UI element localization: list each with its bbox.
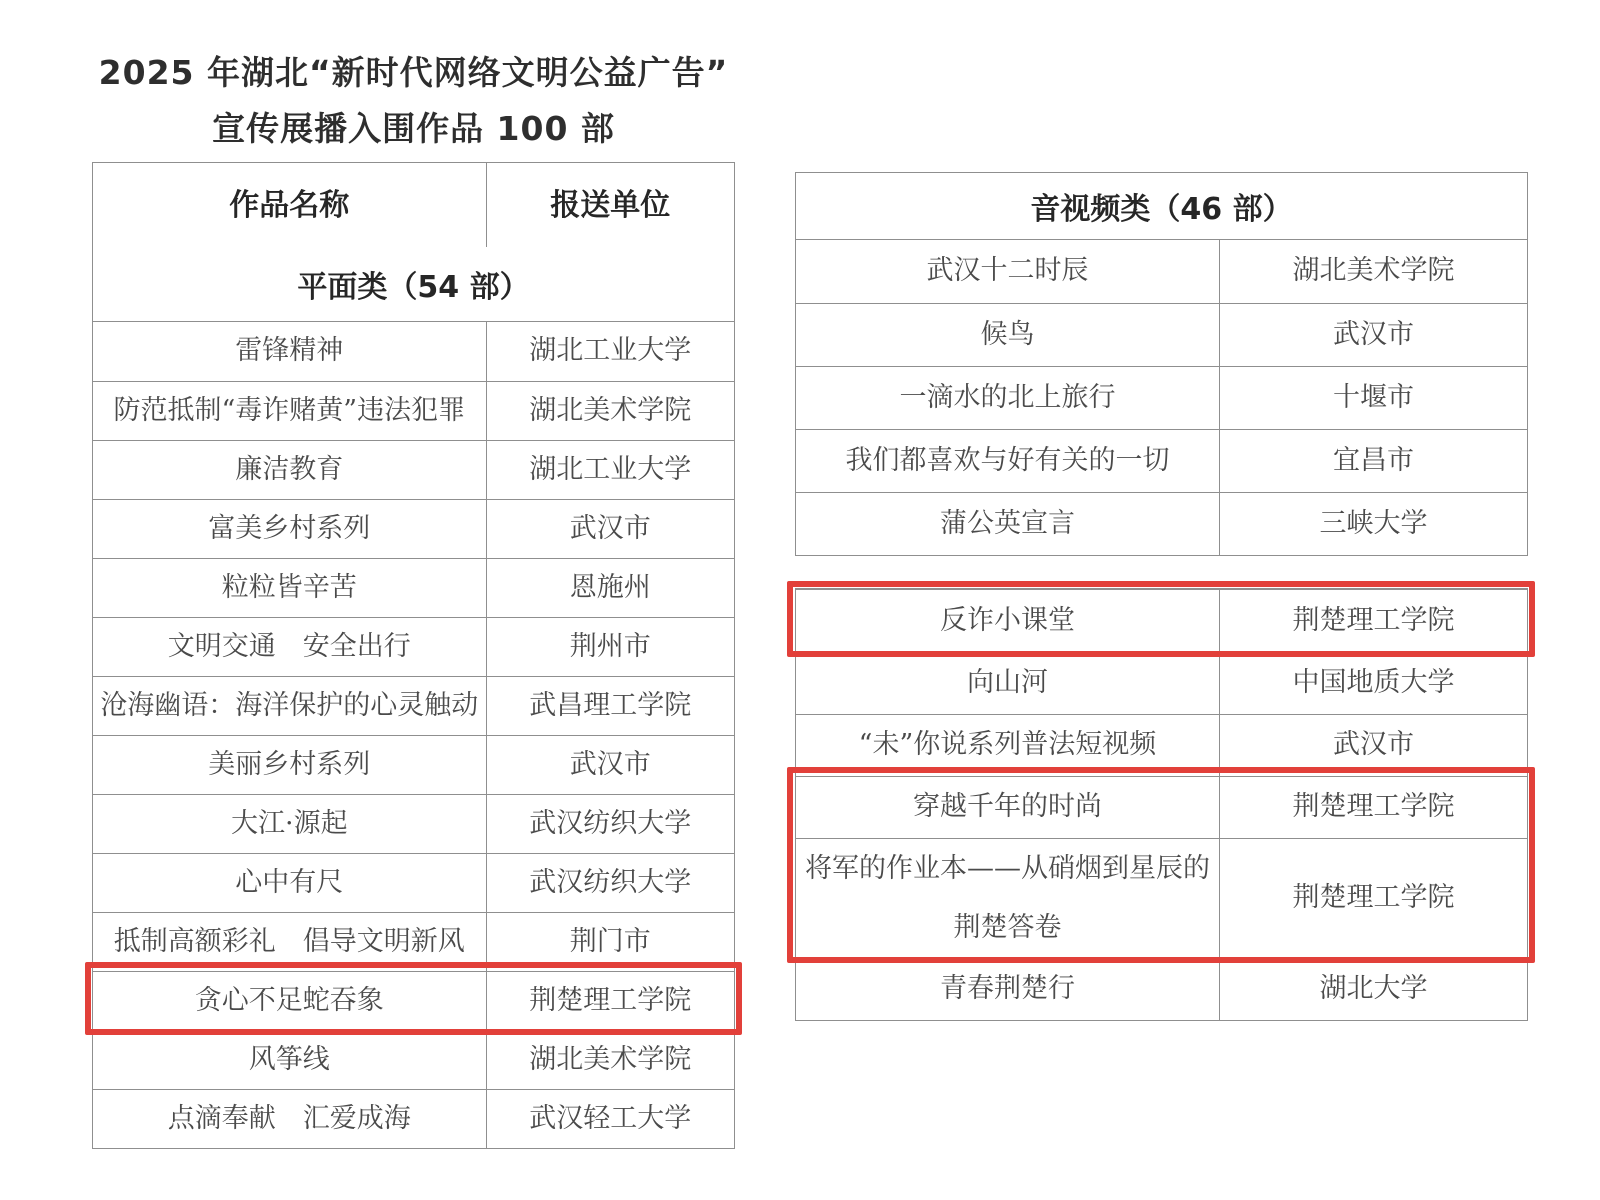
section-label-audio-video: 音视频类（46 部） xyxy=(796,173,1527,239)
column-header-work-title: 作品名称 xyxy=(93,163,487,247)
table-row: 美丽乡村系列武汉市 xyxy=(93,735,734,794)
work-title-cell: 防范抵制“毒诈赌黄”违法犯罪 xyxy=(93,382,487,440)
table-row: 贪心不足蛇吞象荆楚理工学院 xyxy=(93,971,734,1030)
table-row: 武汉十二时辰湖北美术学院 xyxy=(796,240,1527,303)
work-title-cell: 廉洁教育 xyxy=(93,441,487,499)
table-row: 沧海幽语：海洋保护的心灵触动武昌理工学院 xyxy=(93,676,734,735)
table-row: 蒲公英宣言三峡大学 xyxy=(796,492,1527,555)
audio-video-rows-upper: 武汉十二时辰湖北美术学院候鸟武汉市一滴水的北上旅行十堰市我们都喜欢与好有关的一切… xyxy=(796,239,1527,555)
table-row: 风筝线湖北美术学院 xyxy=(93,1030,734,1089)
work-title-cell: 点滴奉献 汇爱成海 xyxy=(93,1090,487,1148)
work-title-cell: 文明交通 安全出行 xyxy=(93,618,487,676)
graphic-rows: 雷锋精神湖北工业大学防范抵制“毒诈赌黄”违法犯罪湖北美术学院廉洁教育湖北工业大学… xyxy=(93,321,734,1148)
table-row: 一滴水的北上旅行十堰市 xyxy=(796,366,1527,429)
submitting-unit-cell: 荆州市 xyxy=(487,618,734,676)
table-row: 大江·源起武汉纺织大学 xyxy=(93,794,734,853)
submitting-unit-cell: 武汉纺织大学 xyxy=(487,854,734,912)
work-title-cell: 一滴水的北上旅行 xyxy=(796,367,1220,429)
audio-video-table-upper: 音视频类（46 部） 武汉十二时辰湖北美术学院候鸟武汉市一滴水的北上旅行十堰市我… xyxy=(795,172,1528,556)
table-row: 富美乡村系列武汉市 xyxy=(93,499,734,558)
work-title-cell: 候鸟 xyxy=(796,304,1220,366)
work-title-cell: 武汉十二时辰 xyxy=(796,240,1220,303)
work-title-cell: 抵制高额彩礼 倡导文明新风 xyxy=(93,913,487,971)
submitting-unit-cell: 武昌理工学院 xyxy=(487,677,734,735)
submitting-unit-cell: 湖北工业大学 xyxy=(487,322,734,381)
submitting-unit-cell: 恩施州 xyxy=(487,559,734,617)
work-title-cell: 心中有尺 xyxy=(93,854,487,912)
announcement-page: 2025 年湖北“新时代网络文明公益广告” 宣传展播入围作品 100 部 作品名… xyxy=(0,0,1600,1200)
submitting-unit-cell: 湖北大学 xyxy=(1220,959,1527,1020)
submitting-unit-cell: 中国地质大学 xyxy=(1220,653,1527,714)
submitting-unit-cell: 武汉市 xyxy=(487,500,734,558)
submitting-unit-cell: 宜昌市 xyxy=(1220,430,1527,492)
submitting-unit-cell: 荆楚理工学院 xyxy=(1220,777,1527,838)
work-title-cell: 沧海幽语：海洋保护的心灵触动 xyxy=(93,677,487,735)
work-title-cell: 美丽乡村系列 xyxy=(93,736,487,794)
work-title-cell: “未”你说系列普法短视频 xyxy=(796,715,1220,776)
submitting-unit-cell: 湖北工业大学 xyxy=(487,441,734,499)
submitting-unit-cell: 武汉市 xyxy=(487,736,734,794)
table-row: 反诈小课堂荆楚理工学院 xyxy=(796,590,1527,652)
work-title-cell: 青春荆楚行 xyxy=(796,959,1220,1020)
submitting-unit-cell: 湖北美术学院 xyxy=(487,1031,734,1089)
table-row: 我们都喜欢与好有关的一切宜昌市 xyxy=(796,429,1527,492)
section-label-graphic: 平面类（54 部） xyxy=(93,247,734,321)
submitting-unit-cell: 荆楚理工学院 xyxy=(1220,590,1527,652)
table-header-row: 作品名称 报送单位 xyxy=(93,163,734,247)
work-title-cell: 雷锋精神 xyxy=(93,322,487,381)
table-row: 心中有尺武汉纺织大学 xyxy=(93,853,734,912)
submitting-unit-cell: 武汉市 xyxy=(1220,304,1527,366)
table-row: 防范抵制“毒诈赌黄”违法犯罪湖北美术学院 xyxy=(93,381,734,440)
work-title-cell: 粒粒皆辛苦 xyxy=(93,559,487,617)
work-title-cell: 反诈小课堂 xyxy=(796,590,1220,652)
submitting-unit-cell: 湖北美术学院 xyxy=(1220,240,1527,303)
page-title-line1: 2025 年湖北“新时代网络文明公益广告” xyxy=(92,50,735,96)
table-row: 点滴奉献 汇爱成海武汉轻工大学 xyxy=(93,1089,734,1148)
submitting-unit-cell: 武汉纺织大学 xyxy=(487,795,734,853)
work-title-cell: 大江·源起 xyxy=(93,795,487,853)
work-title-cell: 我们都喜欢与好有关的一切 xyxy=(796,430,1220,492)
audio-video-table-lower: 反诈小课堂荆楚理工学院向山河中国地质大学“未”你说系列普法短视频武汉市穿越千年的… xyxy=(795,588,1528,1021)
table-row: “未”你说系列普法短视频武汉市 xyxy=(796,714,1527,776)
work-title-cell: 富美乡村系列 xyxy=(93,500,487,558)
table-row: 廉洁教育湖北工业大学 xyxy=(93,440,734,499)
submitting-unit-cell: 武汉轻工大学 xyxy=(487,1090,734,1148)
submitting-unit-cell: 武汉市 xyxy=(1220,715,1527,776)
audio-video-rows-lower: 反诈小课堂荆楚理工学院向山河中国地质大学“未”你说系列普法短视频武汉市穿越千年的… xyxy=(796,589,1527,1020)
work-title-cell: 向山河 xyxy=(796,653,1220,714)
work-title-cell: 将军的作业本——从硝烟到星辰的荆楚答卷 xyxy=(796,839,1220,958)
table-row: 文明交通 安全出行荆州市 xyxy=(93,617,734,676)
submitting-unit-cell: 十堰市 xyxy=(1220,367,1527,429)
table-row: 将军的作业本——从硝烟到星辰的荆楚答卷荆楚理工学院 xyxy=(796,838,1527,958)
column-header-unit: 报送单位 xyxy=(487,163,734,247)
table-row: 粒粒皆辛苦恩施州 xyxy=(93,558,734,617)
table-row: 向山河中国地质大学 xyxy=(796,652,1527,714)
work-title-cell: 风筝线 xyxy=(93,1031,487,1089)
submitting-unit-cell: 三峡大学 xyxy=(1220,493,1527,555)
work-title-cell: 蒲公英宣言 xyxy=(796,493,1220,555)
table-row: 雷锋精神湖北工业大学 xyxy=(93,322,734,381)
table-row: 抵制高额彩礼 倡导文明新风荆门市 xyxy=(93,912,734,971)
submitting-unit-cell: 湖北美术学院 xyxy=(487,382,734,440)
table-row: 候鸟武汉市 xyxy=(796,303,1527,366)
page-title: 2025 年湖北“新时代网络文明公益广告” 宣传展播入围作品 100 部 xyxy=(92,50,735,152)
table-row: 穿越千年的时尚荆楚理工学院 xyxy=(796,776,1527,838)
work-title-cell: 穿越千年的时尚 xyxy=(796,777,1220,838)
page-title-line2: 宣传展播入围作品 100 部 xyxy=(92,106,735,152)
submitting-unit-cell: 荆门市 xyxy=(487,913,734,971)
graphic-category-table: 作品名称 报送单位 平面类（54 部） 雷锋精神湖北工业大学防范抵制“毒诈赌黄”… xyxy=(92,162,735,1149)
submitting-unit-cell: 荆楚理工学院 xyxy=(1220,839,1527,958)
work-title-cell: 贪心不足蛇吞象 xyxy=(93,972,487,1030)
table-row: 青春荆楚行湖北大学 xyxy=(796,958,1527,1020)
submitting-unit-cell: 荆楚理工学院 xyxy=(487,972,734,1030)
